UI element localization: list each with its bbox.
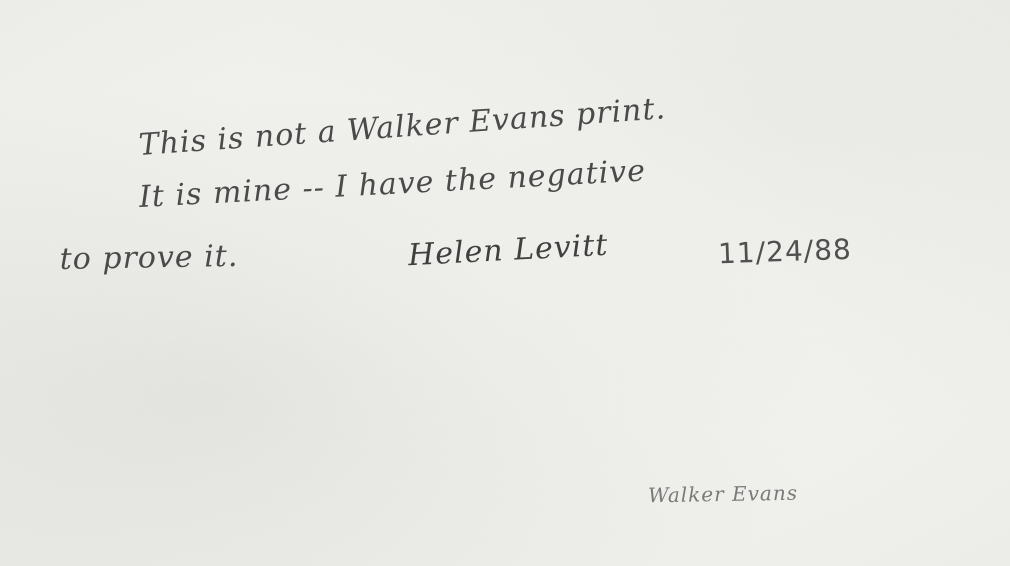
walker-evans-signature: Walker Evans: [648, 481, 798, 508]
note-line-2: It is mine -- I have the negative: [138, 153, 647, 215]
photo-back-paper: This is not a Walker Evans print. It is …: [0, 0, 1010, 566]
note-line-3: to prove it.: [59, 239, 238, 277]
note-line-1: This is not a Walker Evans print.: [138, 91, 667, 163]
note-date: 11/24/88: [717, 233, 852, 271]
helen-levitt-signature: Helen Levitt: [407, 228, 609, 273]
